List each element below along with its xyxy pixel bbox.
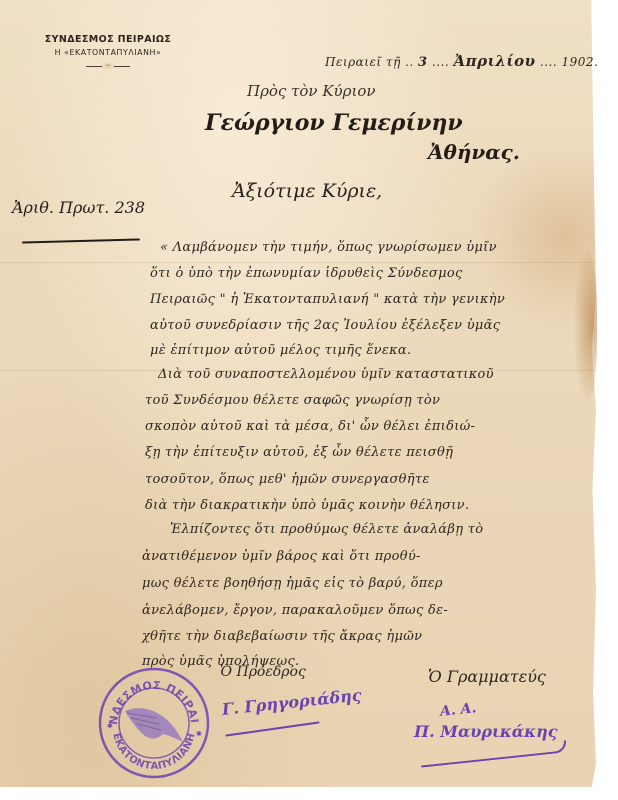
secretary-label: Ὁ Γραμματεύς bbox=[428, 667, 546, 686]
date-day: 3 bbox=[418, 55, 428, 70]
svg-text:✱: ✱ bbox=[196, 730, 202, 738]
body-line: τοῦ Συνδέσμου θέλετε σαφῶς γνωρίσῃ τὸν bbox=[145, 393, 440, 408]
body-line: σκοπὸν αὐτοῦ καὶ τὰ μέσα, δι' ὧν θέλει ἐ… bbox=[145, 419, 475, 434]
association-stamp: ΣΥΝΔΕΣΜΟΣ ΠΕΙΡΑΙΩΣ ΕΚΑΤΟΝΤΑΠΥΛΙΑΝΗ ✱ ✱ bbox=[97, 666, 211, 780]
secretary-signature: Π. Μαυρικάκης bbox=[414, 722, 557, 741]
svg-text:✱: ✱ bbox=[107, 722, 113, 730]
letterhead: ΣΥΝΔΕΣΜΟΣ ΠΕΙΡΑΙΩΣ Η «ΕΚΑΤΟΝΤΑΠΥΛΙΑΝΗ» ∽ bbox=[28, 34, 188, 69]
president-label: Ὁ Πρόεδρος bbox=[220, 664, 306, 680]
body-line: ξῃ τὴν ἐπίτευξιν αὐτοῦ, ἐξ ὧν θέλετε πει… bbox=[145, 445, 453, 460]
body-line: τοσοῦτον, ὅπως μεθ' ἡμῶν συνεργασθῆτε bbox=[145, 472, 430, 487]
salutation: Ἀξιότιμε Κύριε, bbox=[232, 180, 382, 202]
body-line: αὐτοῦ συνεδρίασιν τῆς 2ας Ἰουλίου ἐξέλεξ… bbox=[150, 318, 500, 333]
body-line: διὰ τὴν διακρατικὴν ὑπὸ ὑμᾶς κοινὴν θέλη… bbox=[145, 498, 469, 513]
body-line: ἀνατιθέμενον ὑμῖν βάρος καὶ ὅτι προθύ- bbox=[142, 549, 421, 564]
body-line: Διὰ τοῦ συναποστελλομένου ὑμῖν καταστατι… bbox=[158, 367, 494, 382]
scanned-letter: ΣΥΝΔΕΣΜΟΣ ΠΕΙΡΑΙΩΣ Η «ΕΚΑΤΟΝΤΑΠΥΛΙΑΝΗ» ∽… bbox=[0, 0, 618, 800]
date-place: Πειραιεῖ τῇ bbox=[325, 55, 401, 69]
body-line: ὅτι ὁ ὑπὸ τὴν ἐπωνυμίαν ἱδρυθεὶς Σύνδεσμ… bbox=[150, 266, 463, 281]
recipient-city: Ἀθήνας. bbox=[428, 140, 520, 164]
date-line: Πειραιεῖ τῇ .. 3 .... Ἀπριλίου .... 1902… bbox=[325, 52, 598, 70]
address-to: Πρὸς τὸν Κύριον bbox=[247, 82, 376, 100]
ornament-glyph: ∽ bbox=[102, 63, 114, 69]
date-year: 1902. bbox=[561, 55, 598, 69]
hand-emblem-icon bbox=[125, 708, 183, 742]
date-month: Ἀπριλίου bbox=[454, 52, 536, 70]
body-line: μὲ ἐπίτιμον αὐτοῦ μέλος τιμῆς ἕνεκα. bbox=[150, 343, 411, 358]
ornament-divider: ∽ bbox=[86, 63, 130, 69]
letterhead-subtitle: Η «ΕΚΑΤΟΝΤΑΠΥΛΙΑΝΗ» bbox=[28, 48, 188, 57]
water-stain bbox=[575, 250, 597, 400]
letterhead-title: ΣΥΝΔΕΣΜΟΣ ΠΕΙΡΑΙΩΣ bbox=[28, 34, 188, 45]
body-line: χθῆτε τὴν διαβεβαίωσιν τῆς ἄκρας ἡμῶν bbox=[142, 629, 422, 644]
recipient-name: Γεώργιον Γεμερίνην bbox=[205, 110, 463, 136]
protocol-number: Ἀριθ. Πρωτ. 238 bbox=[12, 198, 145, 217]
body-line: Πειραιῶς " ἡ Ἑκατονταπυλιανή " κατὰ τὴν … bbox=[150, 292, 505, 307]
fold-line bbox=[0, 262, 596, 263]
body-line: μως θέλετε βοηθήσῃ ἡμᾶς εἰς τὸ βαρύ, ὅπε… bbox=[142, 576, 443, 591]
body-line: « Λαμβάνομεν τὴν τιμήν, ὅπως γνωρίσωμεν … bbox=[160, 240, 497, 255]
body-line: Ἐλπίζοντες ὅτι προθύμως θέλετε ἀναλάβῃ τ… bbox=[170, 522, 483, 537]
body-line: ἀνελάβομεν, ἔργον, παρακαλοῦμεν ὅπως δε- bbox=[142, 603, 448, 618]
